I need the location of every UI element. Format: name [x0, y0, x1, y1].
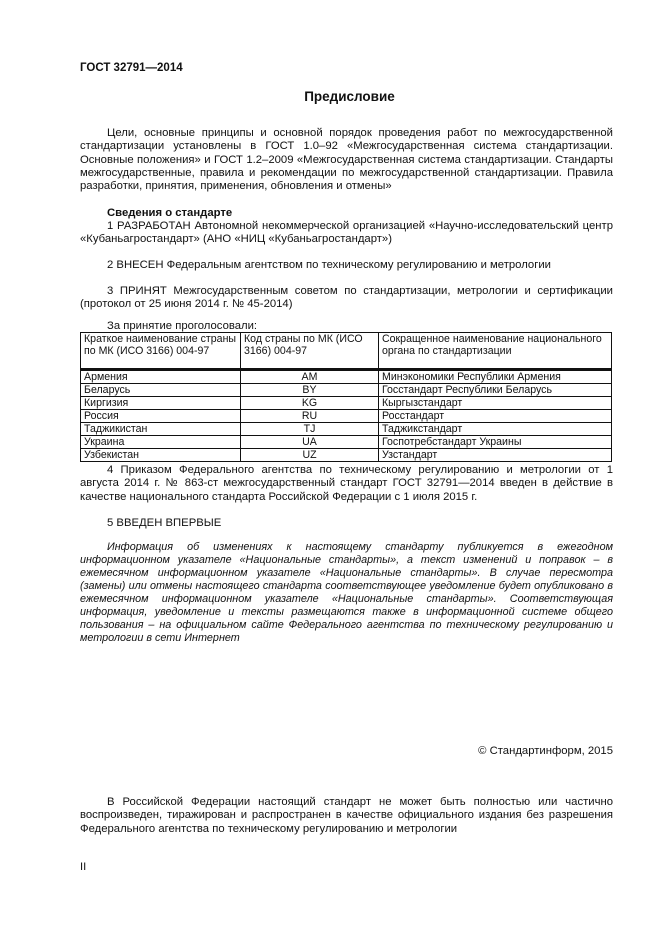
cell-code: TJ [241, 423, 379, 436]
cell-country: Беларусь [81, 384, 241, 397]
cell-body: Минэкономики Республики Армения [379, 370, 612, 384]
cell-body: Таджикстандарт [379, 423, 612, 436]
item-4: 4 Приказом Федерального агентства по тех… [80, 464, 613, 504]
header-country: Краткое наименование страны по МК (ИСО 3… [81, 333, 241, 370]
header-body: Сокращенное наименование национального о… [379, 333, 612, 370]
table-row: АрменияAMМинэкономики Республики Армения [81, 370, 612, 384]
item-5: 5 ВВЕДЕН ВПЕРВЫЕ [80, 517, 613, 530]
cell-code: UZ [241, 449, 379, 462]
table-row: УзбекистанUZУзстандарт [81, 449, 612, 462]
document-code: ГОСТ 32791—2014 [80, 62, 183, 75]
votes-table: Краткое наименование страны по МК (ИСО 3… [80, 332, 612, 462]
cell-country: Киргизия [81, 397, 241, 410]
cell-country: Украина [81, 436, 241, 449]
table-row: ТаджикистанTJТаджикстандарт [81, 423, 612, 436]
table-row: УкраинаUAГоспотребстандарт Украины [81, 436, 612, 449]
cell-body: Росстандарт [379, 410, 612, 423]
legal-notice: В Российской Федерации настоящий стандар… [80, 796, 613, 836]
cell-body: Госпотребстандарт Украины [379, 436, 612, 449]
item-3: 3 ПРИНЯТ Межгосударственным советом по с… [80, 285, 613, 312]
table-row: БеларусьBYГосстандарт Республики Беларус… [81, 384, 612, 397]
table-header-row: Краткое наименование страны по МК (ИСО 3… [81, 333, 612, 370]
cell-code: RU [241, 410, 379, 423]
table-row: КиргизияKGКыргызстандарт [81, 397, 612, 410]
cell-code: AM [241, 370, 379, 384]
cell-body: Кыргызстандарт [379, 397, 612, 410]
cell-body: Госстандарт Республики Беларусь [379, 384, 612, 397]
header-code: Код страны по МК (ИСО 3166) 004-97 [241, 333, 379, 370]
cell-country: Таджикистан [81, 423, 241, 436]
info-heading: Сведения о стандарте [80, 207, 613, 220]
intro-paragraph: Цели, основные принципы и основной поряд… [80, 127, 613, 193]
table-row: РоссияRUРосстандарт [81, 410, 612, 423]
page-number: II [80, 861, 86, 874]
cell-code: KG [241, 397, 379, 410]
cell-body: Узстандарт [379, 449, 612, 462]
cell-country: Россия [81, 410, 241, 423]
cell-country: Армения [81, 370, 241, 384]
cell-code: BY [241, 384, 379, 397]
page-title: Предисловие [0, 90, 661, 103]
copyright: © Стандартинформ, 2015 [478, 745, 613, 758]
item-2: 2 ВНЕСЕН Федеральным агентством по техни… [80, 259, 613, 272]
cell-country: Узбекистан [81, 449, 241, 462]
item-1: 1 РАЗРАБОТАН Автономной некоммерческой о… [80, 220, 613, 247]
cell-code: UA [241, 436, 379, 449]
amendment-notice: Информация об изменениях к настоящему ст… [80, 541, 613, 645]
